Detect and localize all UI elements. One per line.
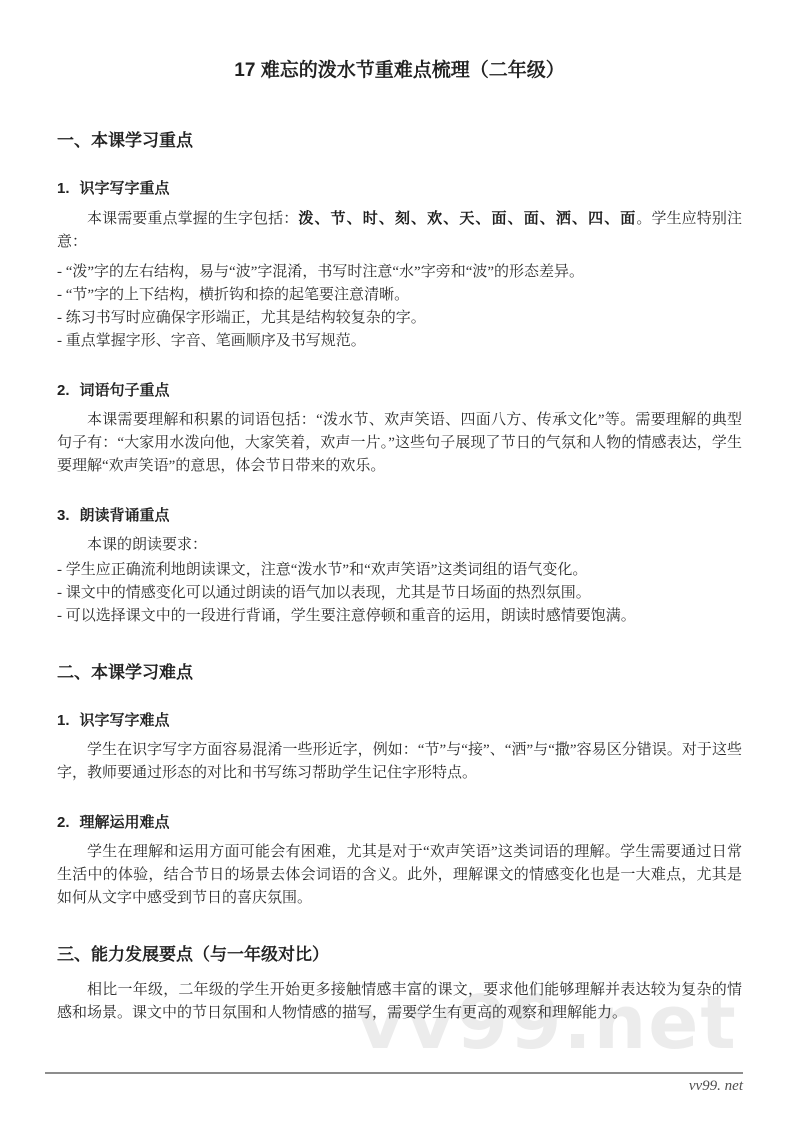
- subsection-heading: 1.识字写字难点: [57, 709, 742, 730]
- section-study-difficulties: 二、本课学习难点 1.识字写字难点 学生在识字写字方面容易混淆一些形近字，例如：…: [57, 658, 742, 910]
- paragraph: 本课需要重点掌握的生字包括：泼、节、时、刻、欢、天、面、面、洒、四、面。学生应特…: [57, 207, 742, 254]
- paragraph: 本课的朗读要求：: [57, 534, 742, 557]
- subsection-number: 2.: [57, 814, 70, 831]
- subsection-title: 识字写字重点: [80, 180, 170, 197]
- list-item: - 学生应正确流利地朗读课文，注意“泼水节”和“欢声笑语”这类词组的语气变化。: [57, 559, 742, 582]
- subsection-heading: 1.识字写字重点: [57, 177, 742, 198]
- subsection-title: 识字写字难点: [80, 712, 170, 729]
- subsection-heading: 2.理解运用难点: [57, 811, 742, 832]
- key-characters: 泼、节、时、刻、欢、天、面、面、洒、四、面: [298, 210, 636, 227]
- section-study-key-points: 一、本课学习重点 1.识字写字重点 本课需要重点掌握的生字包括：泼、节、时、刻、…: [57, 126, 742, 628]
- paragraph: 学生在识字写字方面容易混淆一些形近字，例如：“节”与“接”、“洒”与“撒”容易区…: [57, 739, 742, 785]
- footer-site-label: vv99. net: [45, 1078, 743, 1095]
- paragraph: 本课需要理解和积累的词语包括：“泼水节、欢声笑语、四面八方、传承文化”等。需要理…: [57, 409, 742, 478]
- section-ability-development: 三、能力发展要点（与一年级对比） 相比一年级，二年级的学生开始更多接触情感丰富的…: [57, 940, 742, 1025]
- section-heading: 二、本课学习难点: [57, 658, 742, 683]
- list-item: - 重点掌握字形、字音、笔画顺序及书写规范。: [57, 330, 742, 353]
- document-page: 17 难忘的泼水节重难点梳理（二年级） 一、本课学习重点 1.识字写字重点 本课…: [0, 55, 800, 1025]
- subsection-title: 朗读背诵重点: [80, 507, 170, 524]
- subsection-literacy-writing-difficulty: 1.识字写字难点 学生在识字写字方面容易混淆一些形近字，例如：“节”与“接”、“…: [57, 709, 742, 785]
- list-item: - “泼”字的左右结构，易与“波”字混淆，书写时注意“水”字旁和“波”的形态差异…: [57, 261, 742, 284]
- paragraph-text: 本课需要重点掌握的生字包括：: [87, 211, 298, 227]
- subsection-words-sentences-focus: 2.词语句子重点 本课需要理解和积累的词语包括：“泼水节、欢声笑语、四面八方、传…: [57, 379, 742, 478]
- subsection-heading: 3.朗读背诵重点: [57, 504, 742, 525]
- list-item: - 可以选择课文中的一段进行背诵，学生要注意停顿和重音的运用，朗读时感情要饱满。: [57, 605, 742, 628]
- bullet-list: - “泼”字的左右结构，易与“波”字混淆，书写时注意“水”字旁和“波”的形态差异…: [57, 261, 742, 353]
- section-heading: 三、能力发展要点（与一年级对比）: [57, 940, 742, 965]
- page-title: 17 难忘的泼水节重难点梳理（二年级）: [57, 55, 742, 82]
- subsection-title: 词语句子重点: [80, 382, 170, 399]
- subsection-heading: 2.词语句子重点: [57, 379, 742, 400]
- list-item: - 练习书写时应确保字形端正，尤其是结构较复杂的字。: [57, 307, 742, 330]
- paragraph: 学生在理解和运用方面可能会有困难，尤其是对于“欢声笑语”这类词语的理解。学生需要…: [57, 841, 742, 910]
- list-item: - 课文中的情感变化可以通过朗读的语气加以表现，尤其是节日场面的热烈氛围。: [57, 582, 742, 605]
- subsection-number: 2.: [57, 382, 70, 399]
- subsection-reading-recitation-focus: 3.朗读背诵重点 本课的朗读要求： - 学生应正确流利地朗读课文，注意“泼水节”…: [57, 504, 742, 628]
- subsection-number: 1.: [57, 712, 70, 729]
- section-heading: 一、本课学习重点: [57, 126, 742, 151]
- subsection-number: 1.: [57, 180, 70, 197]
- subsection-literacy-writing-focus: 1.识字写字重点 本课需要重点掌握的生字包括：泼、节、时、刻、欢、天、面、面、洒…: [57, 177, 742, 353]
- list-item: - “节”字的上下结构，横折钩和捺的起笔要注意清晰。: [57, 284, 742, 307]
- subsection-number: 3.: [57, 507, 70, 524]
- paragraph: 相比一年级，二年级的学生开始更多接触情感丰富的课文，要求他们能够理解并表达较为复…: [57, 979, 742, 1025]
- bullet-list: - 学生应正确流利地朗读课文，注意“泼水节”和“欢声笑语”这类词组的语气变化。 …: [57, 559, 742, 628]
- subsection-comprehension-difficulty: 2.理解运用难点 学生在理解和运用方面可能会有困难，尤其是对于“欢声笑语”这类词…: [57, 811, 742, 910]
- subsection-title: 理解运用难点: [80, 814, 170, 831]
- footer-divider: [45, 1072, 743, 1074]
